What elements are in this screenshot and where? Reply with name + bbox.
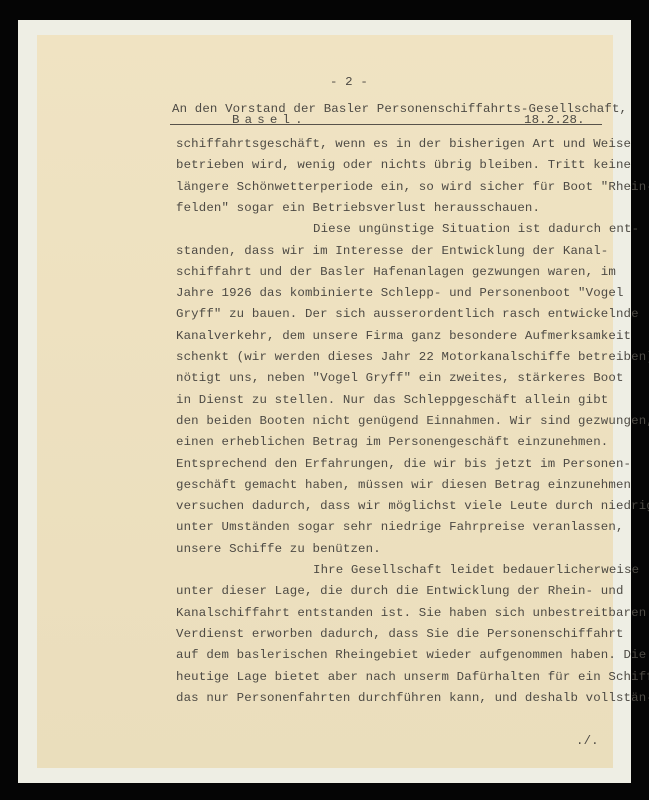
body-line: unter Umständen sogar sehr niedrige Fahr… [176, 520, 624, 534]
body-line: den beiden Booten nicht genügend Einnahm… [176, 414, 649, 428]
body-line: Kanalverkehr, dem unsere Firma ganz beso… [176, 329, 631, 343]
body-line: Jahre 1926 das kombinierte Schlepp- und … [176, 286, 624, 300]
body-line: heutige Lage bietet aber nach unserm Daf… [176, 670, 649, 684]
body-line: Diese ungünstige Situation ist dadurch e… [313, 222, 639, 236]
body-line: auf dem baslerischen Rheingebiet wieder … [176, 648, 646, 662]
body-line: geschäft gemacht haben, müssen wir diese… [176, 478, 631, 492]
body-line: in Dienst zu stellen. Nur das Schleppges… [176, 393, 608, 407]
body-line: längere Schönwetterperiode ein, so wird … [176, 180, 649, 194]
body-line: das nur Personenfahrten durchführen kann… [176, 691, 649, 705]
header-underline [170, 124, 602, 125]
body-line: Gryff" zu bauen. Der sich ausserordentli… [176, 307, 639, 321]
body-line: unsere Schiffe zu benützen. [176, 542, 381, 556]
body-line: Kanalschiffahrt entstanden ist. Sie habe… [176, 606, 646, 620]
body-line: Verdienst erworben dadurch, dass Sie die… [176, 627, 624, 641]
body-line: schiffahrtsgeschäft, wenn es in der bish… [176, 137, 631, 151]
body-line: felden" sogar ein Betriebsverlust heraus… [176, 201, 540, 215]
continuation-mark: ./. [576, 735, 599, 747]
body-line: nötigt uns, neben "Vogel Gryff" ein zwei… [176, 371, 624, 385]
body-line: unter dieser Lage, die durch die Entwick… [176, 584, 624, 598]
body-line: Entsprechend den Erfahrungen, die wir bi… [176, 457, 631, 471]
body-line: schenkt (wir werden dieses Jahr 22 Motor… [176, 350, 649, 364]
page-number: - 2 - [330, 76, 368, 88]
body-line: betrieben wird, wenig oder nichts übrig … [176, 158, 631, 172]
body-line: versuchen dadurch, dass wir möglichst vi… [176, 499, 649, 513]
body-line: standen, dass wir im Interesse der Entwi… [176, 244, 608, 258]
body-line: schiffahrt und der Basler Hafenanlagen g… [176, 265, 616, 279]
body-line: einen erheblichen Betrag im Personengesc… [176, 435, 608, 449]
body-line: Ihre Gesellschaft leidet bedauerlicherwe… [313, 563, 639, 577]
